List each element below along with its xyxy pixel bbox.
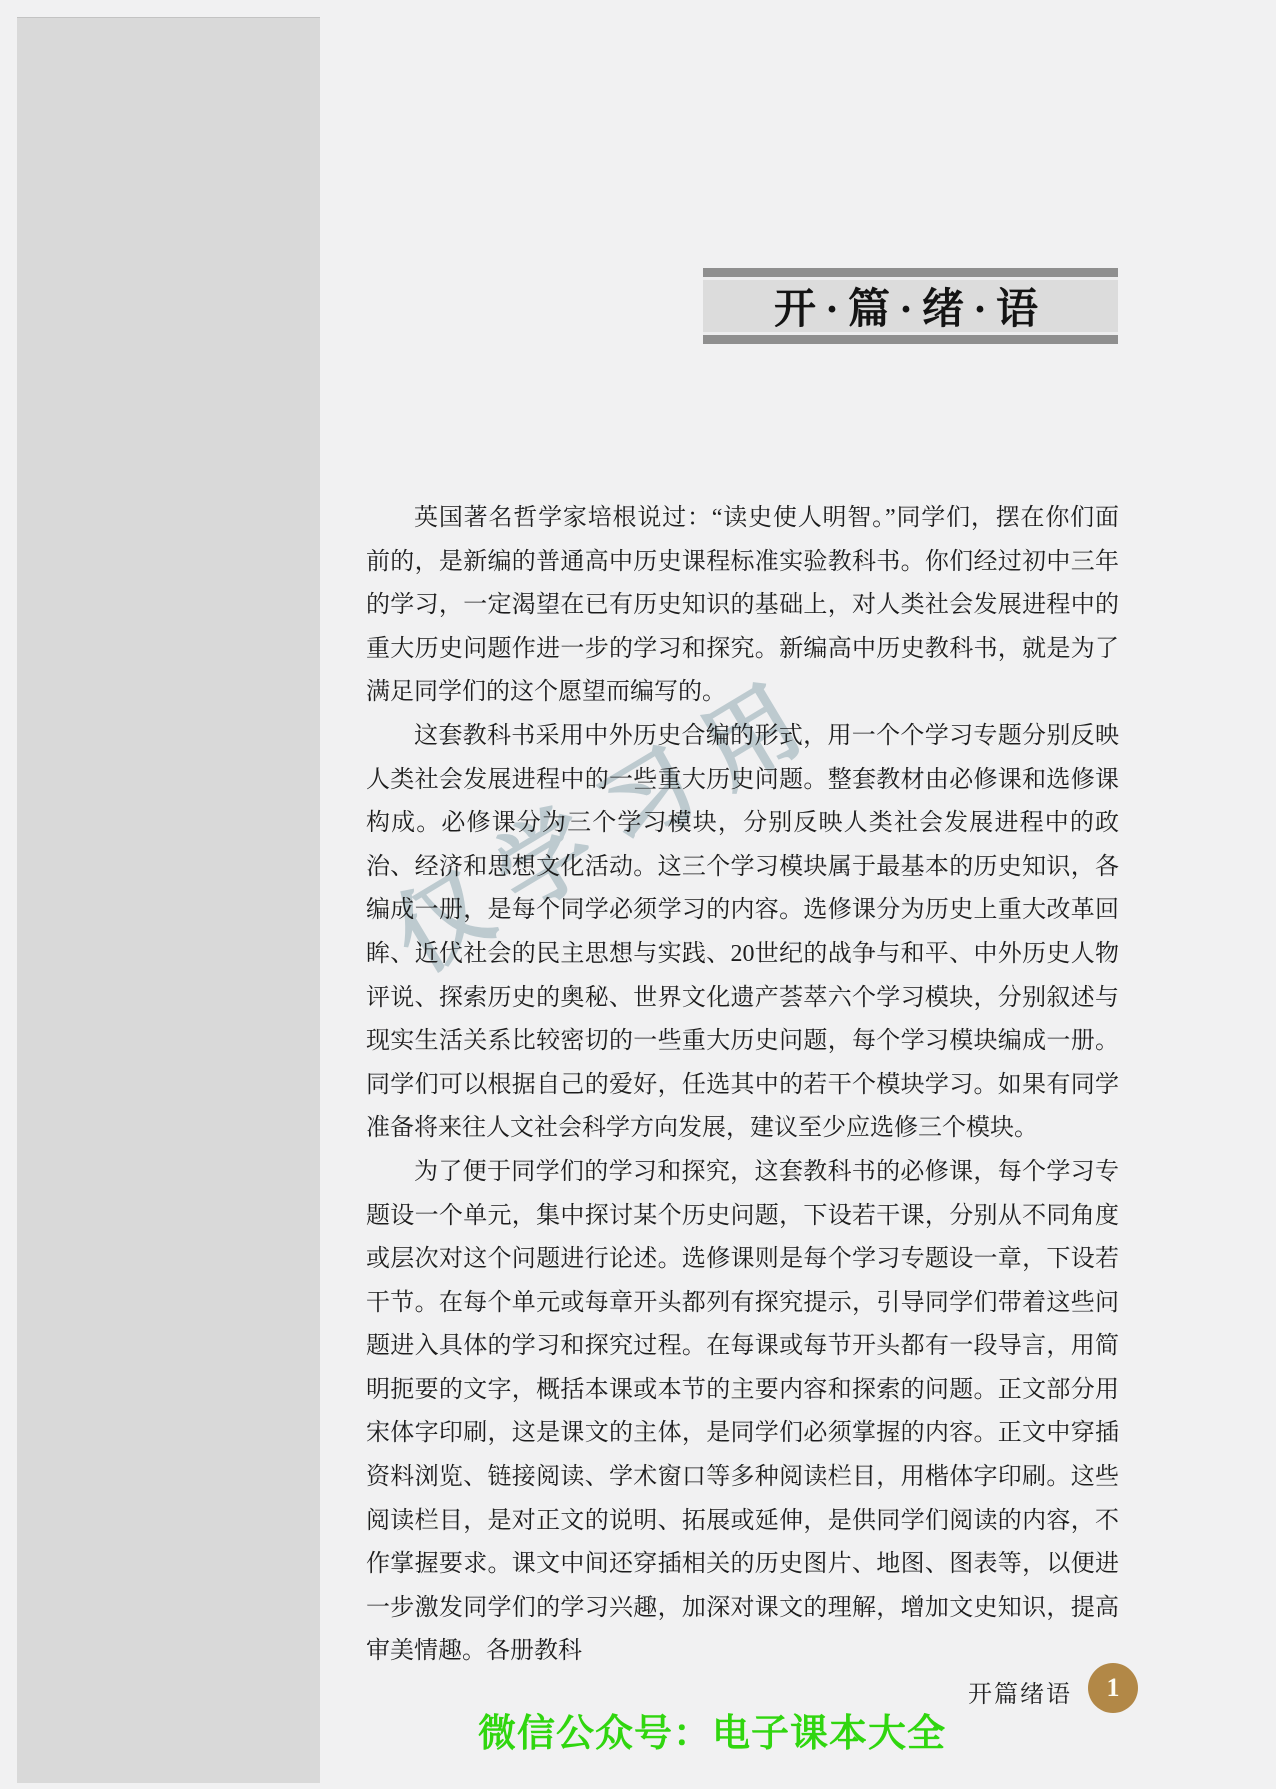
preface-body: 英国著名哲学家培根说过：“读史使人明智。”同学们，摆在你们面前的，是新编的普通高… [366,497,1119,1674]
banner-bottom-rule [703,335,1118,344]
preface-paragraph-3: 为了便于同学们的学习和探究，这套教科书的必修课，每个学习专题设一个单元，集中探讨… [366,1151,1119,1674]
chapter-title: 开·篇·绪·语 [774,276,1047,336]
preface-paragraph-1: 英国著名哲学家培根说过：“读史使人明智。”同学们，摆在你们面前的，是新编的普通高… [366,497,1119,715]
chapter-banner: 开·篇·绪·语 [703,268,1118,344]
preface-paragraph-2: 这套教科书采用中外历史合编的形式，用一个个学习专题分别反映人类社会发展进程中的一… [366,715,1119,1151]
textbook-page: 开·篇·绪·语 仅学习用 英国著名哲学家培根说过：“读史使人明智。”同学们，摆在… [0,0,1276,1789]
page-number: 1 [1107,1673,1120,1703]
page-number-badge: 1 [1088,1663,1138,1713]
footer-section-label: 开篇绪语 [968,1674,1072,1709]
wechat-watermark: 微信公众号：电子课本大全 [478,1702,946,1757]
left-margin-gray-strip [17,17,320,1783]
banner-panel: 开·篇·绪·语 [703,280,1118,332]
